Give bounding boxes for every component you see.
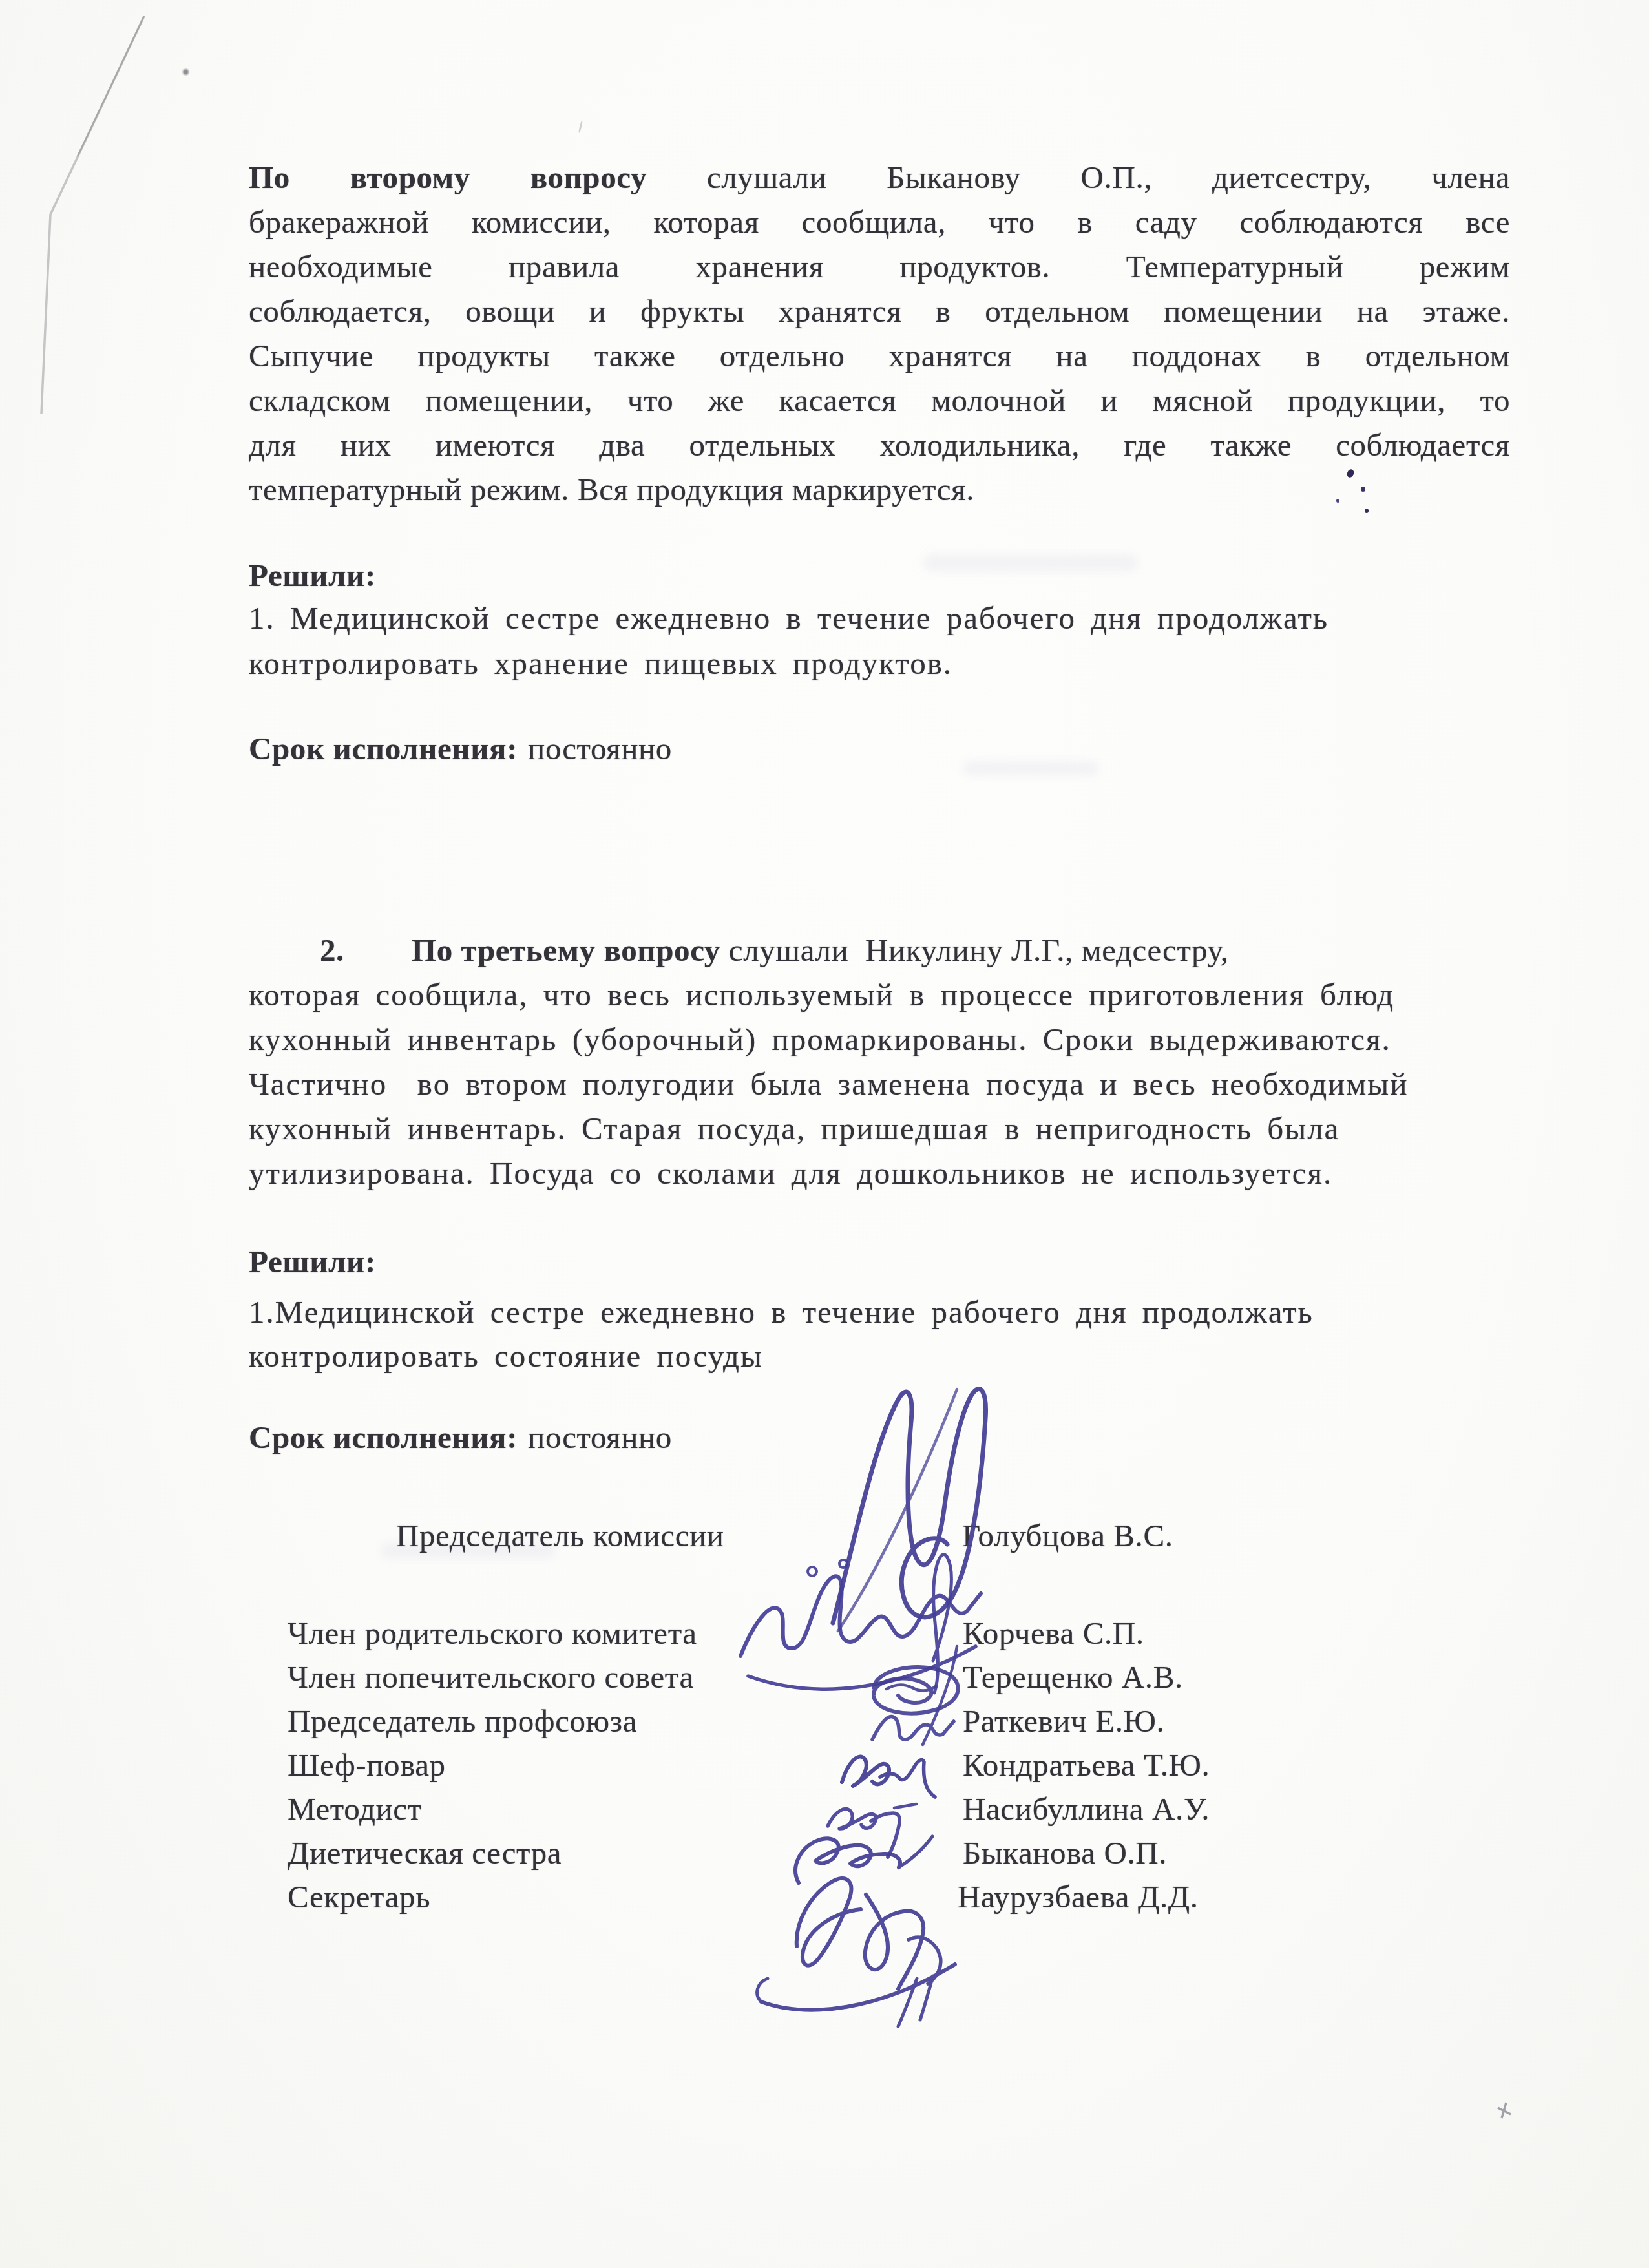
page-fold-crease xyxy=(41,16,144,414)
deadline-value: постоянно xyxy=(528,1420,672,1455)
paragraph-q2-line: соблюдается, овощи и фрукты хранятся в о… xyxy=(249,289,1510,334)
bleed-through-smudge xyxy=(963,761,1098,775)
deadline-line: Срок исполнения:постоянно xyxy=(249,726,672,772)
chairman-role: Председатель комиссии xyxy=(396,1513,724,1559)
paragraph-q2-line: Сыпучие продукты также отдельно хранятся… xyxy=(249,333,1510,379)
signatory-name: Быканова О.П. xyxy=(963,1831,1167,1876)
signature-korcheva xyxy=(740,1555,981,1693)
paragraph-q3-line: кухонный инвентарь. Старая посуда, прише… xyxy=(249,1106,1339,1151)
resolution-item-line: 1. Медицинской сестре ежедневно в течени… xyxy=(249,596,1329,641)
resolution-heading: Решили: xyxy=(249,1239,376,1285)
paragraph-q3-line: 2.По третьему вопросу слушали Никулину Л… xyxy=(320,928,1229,973)
signature-nasibullina xyxy=(828,1804,916,1857)
signatory-name: Корчева С.П. xyxy=(963,1611,1144,1656)
resolution-item-line: контролировать состояние посуды xyxy=(249,1334,763,1379)
resolution-item-line: 1.Медицинской сестре ежедневно в течение… xyxy=(249,1290,1314,1335)
ink-speck xyxy=(1336,499,1339,503)
paragraph-q2-line: для них имеются два отдельных холодильни… xyxy=(249,423,1510,468)
paragraph-q3-line: которая сообщила, что весь используемый … xyxy=(249,972,1394,1018)
deadline-label: Срок исполнения: xyxy=(249,731,518,766)
paragraph-q2-lead-bold: По второму вопросу xyxy=(249,160,647,195)
signatory-role: Методист xyxy=(288,1787,422,1832)
signature-ratkevich xyxy=(872,1646,957,1745)
paragraph-q3-line: кухонный инвентарь (уборочный) промаркир… xyxy=(249,1017,1391,1062)
signatory-role: Шеф-повар xyxy=(288,1743,446,1788)
signatory-role: Председатель профсоюза xyxy=(288,1699,637,1744)
signature-tereshchenko xyxy=(874,1667,958,1713)
ink-speck xyxy=(1365,509,1369,513)
chairman-name: Голубцова В.С. xyxy=(962,1513,1173,1559)
scan-speck xyxy=(183,69,189,75)
deadline-label: Срок исполнения: xyxy=(249,1420,518,1455)
signatory-name: Наурузбаева Д.Д. xyxy=(958,1874,1199,1920)
signatory-role: Диетическая сестра xyxy=(288,1831,562,1876)
signatory-name: Раткевич Е.Ю. xyxy=(963,1699,1164,1744)
signature-nauruzbaeva xyxy=(757,1878,955,2026)
paragraph-q2-lead-rest: слушали Быканову О.П., диетсестру, члена xyxy=(647,160,1510,195)
page-fold-crease-dark xyxy=(78,16,144,156)
resolution-item-line: контролировать хранение пищевых продукто… xyxy=(249,641,952,686)
signatory-role: Член родительского комитета xyxy=(288,1611,697,1656)
bleed-through-smudge xyxy=(924,554,1137,571)
scan-mark-bottom-right xyxy=(1498,2103,1511,2118)
paragraph-q3-line: Частично во втором полугодии была замене… xyxy=(249,1062,1408,1107)
signatory-name: Кондратьева Т.Ю. xyxy=(963,1743,1210,1788)
deadline-value: постоянно xyxy=(528,731,672,766)
paragraph-q3-lead-bold: По третьему вопросу xyxy=(412,932,720,968)
signatory-name: Терещенко А.В. xyxy=(963,1655,1183,1700)
signatory-name: Насибуллина А.У. xyxy=(963,1787,1210,1832)
paragraph-q2-line: температурный режим. Вся продукция марки… xyxy=(249,467,1510,512)
scan-speck xyxy=(578,120,583,133)
signatory-role: Член попечительского совета xyxy=(288,1655,694,1700)
paragraph-q3-lead-rest: слушали Никулину Л.Г., медсестру, xyxy=(720,932,1229,968)
paragraph-q2-line: необходимые правила хранения продуктов. … xyxy=(249,244,1510,289)
signatory-role: Секретарь xyxy=(288,1874,430,1920)
signature-kondratyeva xyxy=(842,1757,935,1797)
paragraph-q3-line: утилизирована. Посуда со сколами для дош… xyxy=(249,1151,1332,1196)
chairman-signature xyxy=(833,1389,985,1631)
deadline-line: Срок исполнения:постоянно xyxy=(249,1415,672,1460)
paragraph-q3-number: 2. xyxy=(320,932,344,968)
ink-speck xyxy=(1361,487,1365,492)
paragraph-q2-line: бракеражной комиссии, которая сообщила, … xyxy=(249,200,1510,245)
scanned-protocol-page: По второму вопросу слушали Быканову О.П.… xyxy=(0,0,1649,2268)
resolution-heading: Решили: xyxy=(249,553,376,598)
paragraph-q2-line: складском помещении, что же касается мол… xyxy=(249,378,1510,423)
signature-bykanova xyxy=(795,1836,932,1883)
paragraph-q2-line: По второму вопросу слушали Быканову О.П.… xyxy=(249,155,1510,200)
